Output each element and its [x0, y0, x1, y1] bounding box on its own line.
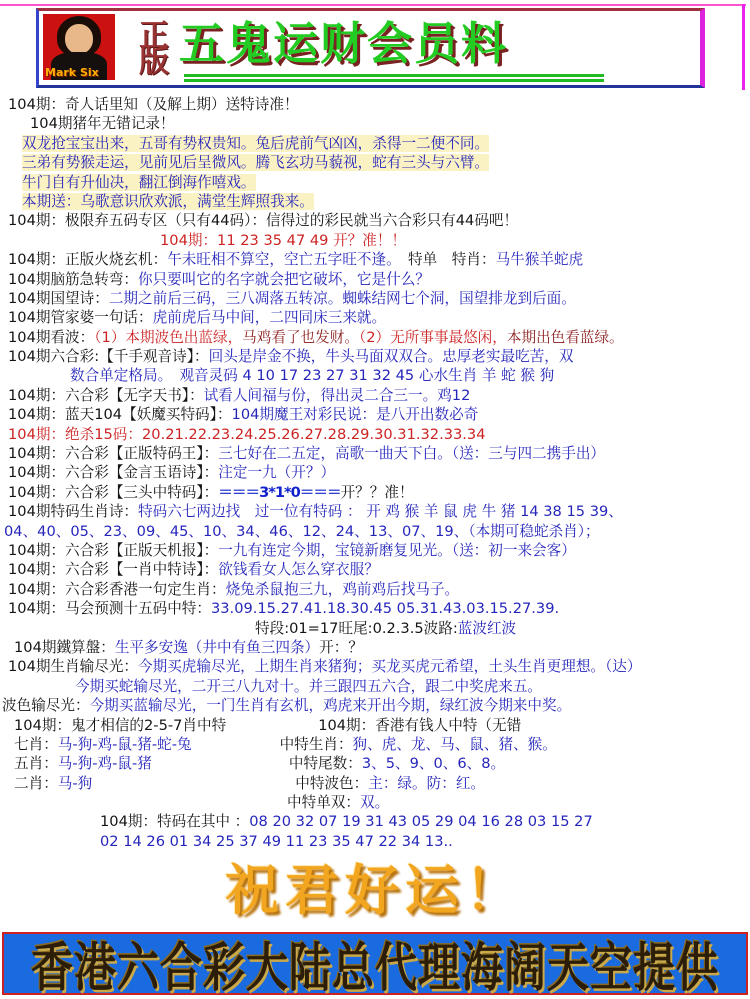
text-line: 中特单双：双。	[0, 793, 750, 812]
text-segment: 104期六合彩:【千手观音诗】：	[8, 348, 209, 365]
text-line: 本期送：乌歌意识欣欢派，满堂生辉照我来。	[0, 192, 750, 211]
text-segment: 特码六七两边找 过一位有特码 ： 开 鸡 猴 羊 鼠 虎 牛 猪 14 38 1…	[138, 503, 623, 520]
text-segment: 马-狗	[58, 775, 92, 792]
text-segment: 双龙抢宝宝出来，五哥有势权贵知。兔后虎前气凶凶，杀得一二便不同。	[22, 135, 489, 152]
text-line: 104期：六合彩【三头中特码】：＝＝＝3*1*0＝＝＝开？？准！	[0, 483, 750, 502]
footer-banner: 香港六合彩大陆总代理海阔天空提供	[2, 932, 748, 995]
text-segment: 104期：正版火烧玄机：	[8, 251, 167, 268]
text-segment: 今期买虎输尽光，上期生肖来猪狗；买龙买虎元希望，土头生肖更理想。（达）	[138, 658, 642, 675]
text-segment: 104期脑筋急转弯：	[8, 271, 138, 288]
text-segment: 三七好在二五定，高歌一曲天下白。（送：三与四二携手出）	[218, 445, 605, 462]
column-gap	[192, 748, 280, 749]
text-segment: 二肖：	[14, 775, 58, 792]
text-segment: 注定一九（开？）	[218, 464, 335, 481]
text-segment: 狗、虎、龙、马、鼠、猪、猴。	[353, 736, 557, 753]
text-segment: 104期：六合彩【三头中特码】：	[8, 484, 218, 501]
text-segment: 欲钱看女人怎么穿衣服？	[218, 561, 379, 578]
text-segment: 104期：奇人话里知（及解上期）送特诗准！	[8, 96, 299, 113]
text-line: 104期：鬼才相信的2-5-7肖中特104期：香港有钱人中特（无错	[0, 716, 750, 735]
text-line: 104期：11 23 35 47 49 开？准！！	[0, 231, 750, 250]
text-line: 04、40、05、23、09、45、10、34、46、12、24、13、07、1…	[0, 522, 750, 541]
right-border-line	[742, 4, 745, 90]
text-segment: 三弟有势猴走运，见前见后呈微风。腾飞玄功马藐视，蛇有三头与六臂。	[22, 154, 489, 171]
text-segment: 特单 特肖：	[393, 251, 495, 268]
header: Mark Six 正版 五鬼运财会员料	[36, 8, 705, 88]
text-segment: 104期：六合彩【一肖中特诗】：	[8, 561, 218, 578]
host-photo: Mark Six	[43, 14, 115, 80]
text-segment: 今期买蓝输尽光，一门生肖有玄机，鸡虎来开出今期，绿红波今期来中奖。	[90, 697, 572, 714]
lottery-tip-sheet: Mark Six 正版 五鬼运财会员料 104期：奇人话里知（及解上期）送特诗准…	[0, 0, 750, 999]
text-segment: 一九有连定今期，宝镜新磨复见光。（送：初一来会客）	[218, 542, 576, 559]
text-segment: 蓝波红波	[458, 620, 516, 637]
text-segment: 牛门自有升仙决，翻江倒海作嘻戏。	[22, 174, 256, 191]
text-segment: 主：绿。防：红。	[368, 775, 485, 792]
text-line: 104期：六合彩【金言玉语诗】：注定一九（开？）	[0, 463, 750, 482]
text-line: 牛门自有升仙决，翻江倒海作嘻戏。	[0, 173, 750, 192]
text-segment: 回头是岸金不换，牛头马面双双合。忠厚老实最吃苦，双	[209, 348, 574, 365]
text-line: 104期六合彩:【千手观音诗】：回头是岸金不换，牛头马面双双合。忠厚老实最吃苦，…	[0, 347, 750, 366]
text-segment: 104期：六合彩【无字天书】：	[8, 387, 204, 404]
text-segment: 104期：六合彩【正版特码王】：	[8, 445, 218, 462]
text-segment: 烧兔杀鼠抱三九，鸡前鸡后找马子。	[226, 581, 460, 598]
text-segment: 04、40、05、23、09、45、10、34、46、12、24、13、07、1…	[4, 523, 600, 540]
text-segment: 马牛猴羊蛇虎	[496, 251, 584, 268]
text-segment: 104期：蓝天104【妖魔买特码】：	[8, 406, 232, 423]
text-segment: 双。	[360, 794, 389, 811]
text-segment: 104期：六合彩香港一句定生肖：	[8, 581, 226, 598]
column-gap	[92, 787, 295, 788]
text-line: 104期：六合彩【一肖中特诗】：欲钱看女人怎么穿衣服？	[0, 560, 750, 579]
text-line: 数合单定格局。 观音灵码 4 10 17 23 27 31 32 45 心水生肖…	[0, 366, 750, 385]
text-line: 104期：六合彩【正版特码王】：三七好在二五定，高歌一曲天下白。（送：三与四二携…	[0, 444, 750, 463]
text-segment: 二期之前后三码，三八凋落五转凉。蜘蛛结网七个洞，国望排龙到后面。	[109, 290, 576, 307]
text-segment: 104期生肖输尽光：	[8, 658, 138, 675]
text-line: 104期：特码在其中 ：08 20 32 07 19 31 43 05 29 0…	[0, 812, 750, 831]
authentic-watermark: 正版	[131, 19, 165, 71]
footer-banner-text: 香港六合彩大陆总代理海阔天空提供	[31, 926, 719, 999]
text-segment: 104期：鬼才相信的2-5-7肖中特	[14, 717, 226, 734]
text-segment: 104期：马会预测十五码中特：	[8, 600, 211, 617]
text-segment: 今期买蛇输尽光，二开三八九对十。并三跟四五六合，跟二中奖虎来五。	[75, 678, 542, 695]
text-line: 104期：蓝天104【妖魔买特码】：104期魔王对彩民说：是八开出数必奇	[0, 405, 750, 424]
text-line: 波色输尽光：今期买蓝输尽光，一门生肖有玄机，鸡虎来开出今期，绿红波今期来中奖。	[0, 696, 750, 715]
text-segment: 3、5、9、0、6、8。	[362, 755, 505, 772]
text-line: 104期鐵算盤：生平多安逸（井中有鱼三四条）开：？	[0, 638, 750, 657]
text-line: 104期：六合彩【正版天机报】：一九有连定今期，宝镜新磨复见光。（送：初一来会客…	[0, 541, 750, 560]
text-line: 104期：六合彩香港一句定生肖：烧兔杀鼠抱三九，鸡前鸡后找马子。	[0, 580, 750, 599]
text-segment: 本期出色看蓝绿。	[507, 329, 624, 346]
text-segment: 104期：六合彩【正版天机报】：	[8, 542, 218, 559]
text-segment: 104期猪年无错记录！	[30, 115, 175, 132]
text-line: 今期买蛇输尽光，二开三八九对十。并三跟四五六合，跟二中奖虎来五。	[0, 677, 750, 696]
text-line: 104期：绝杀15码：20.21.22.23.24.25.26.27.28.29…	[0, 425, 750, 444]
text-line: 104期：正版火烧玄机：午未旺相不算空，空亡五字旺不逢。 特单 特肖：马牛猴羊蛇…	[0, 250, 750, 269]
text-line: 104期猪年无错记录！	[0, 114, 750, 133]
text-segment: ＝＝＝3*1*0＝＝＝	[218, 484, 340, 501]
text-line: 五肖：马-狗-鸡-鼠-猪中特尾数：3、5、9、0、6、8。	[0, 754, 750, 773]
text-segment: 中特生肖：	[280, 736, 353, 753]
content-lines: 104期：奇人话里知（及解上期）送特诗准！104期猪年无错记录！双龙抢宝宝出来，…	[0, 95, 750, 851]
text-line: 104期脑筋急转弯：你只要叫它的名字就会把它破坏，它是什么？	[0, 270, 750, 289]
text-segment: 七肖：	[14, 736, 58, 753]
text-segment: 08 20 32 07 19 31 43 05 29 04 16 28 03 1…	[249, 813, 593, 830]
text-segment: 试看人间福与份，得出灵二合三一。鸡12	[204, 387, 471, 404]
text-segment: 特段:01=17旺尾:0.2.3.5波路:	[255, 620, 458, 637]
text-segment: 104期：六合彩【金言玉语诗】：	[8, 464, 218, 481]
text-segment: （2）无所事事最悠闲，	[359, 329, 507, 346]
text-line: 104期看波：（1）本期波色出蓝绿，马鸡看了也发财。（2）无所事事最悠闲，本期出…	[0, 328, 750, 347]
text-segment: （1）本期波色出蓝绿，	[94, 329, 242, 346]
text-segment: 104期鐵算盤：	[14, 639, 115, 656]
text-line: 104期：极限弃五码专区（只有44码）：信得过的彩民就当六合彩只有44码吧！	[0, 211, 750, 230]
text-segment: 104期：极限弃五码专区（只有44码）：信得过的彩民就当六合彩只有44码吧！	[8, 212, 518, 229]
text-segment: 中特波色：	[295, 775, 368, 792]
text-line: 104期管家婆一句话：虎前虎后马中间，二四同床三来就。	[0, 308, 750, 327]
text-segment: 104期看波：	[8, 329, 94, 346]
text-segment: 中特单双：	[287, 794, 360, 811]
text-segment: 你只要叫它的名字就会把它破坏，它是什么？	[138, 271, 430, 288]
text-segment: 104期：11 23 35 47 49 开？准！！	[160, 232, 406, 249]
column-gap	[226, 729, 318, 730]
text-segment: 104期：香港有钱人中特（无错	[318, 717, 521, 734]
text-segment: 生平多安逸（井中有鱼三四条）	[115, 639, 319, 656]
title-underline	[184, 74, 604, 82]
good-luck-text: 祝君好运！	[0, 848, 750, 925]
photo-face-shape	[65, 24, 93, 54]
text-line: 104期：马会预测十五码中特：33.09.15.27.41.18.30.45 0…	[0, 599, 750, 618]
text-line: 七肖：马-狗-鸡-鼠-猪-蛇-兔中特生肖：狗、虎、龙、马、鼠、猪、猴。	[0, 735, 750, 754]
text-line: 104期特码生肖诗：特码六七两边找 过一位有特码 ： 开 鸡 猴 羊 鼠 虎 牛…	[0, 502, 750, 521]
text-line: 特段:01=17旺尾:0.2.3.5波路:蓝波红波	[0, 619, 750, 638]
text-line: 三弟有势猴走运，见前见后呈微风。腾飞玄功马藐视，蛇有三头与六臂。	[0, 153, 750, 172]
text-segment: 数合单定格局。 观音灵码 4 10 17 23 27 31 32 45 心水生肖…	[70, 367, 554, 384]
text-segment: 20.21.22.23.24.25.26.27.28.29.30.31.32.3…	[142, 426, 486, 443]
text-segment: 104期：特码在其中 ：	[100, 813, 249, 830]
column-gap	[152, 767, 289, 768]
text-segment: 马鸡看了也发财。	[242, 329, 359, 346]
text-segment: 五肖：	[14, 755, 58, 772]
text-segment: 104期管家婆一句话：	[8, 309, 153, 326]
text-segment: 马-狗-鸡-鼠-猪-蛇-兔	[58, 736, 192, 753]
top-border-line	[0, 4, 746, 6]
text-segment: 104期：绝杀15码：	[8, 426, 142, 443]
text-segment: 104期国望诗：	[8, 290, 109, 307]
text-segment: 104期特码生肖诗：	[8, 503, 138, 520]
text-segment: 本期送：乌歌意识欣欢派，满堂生辉照我来。	[22, 193, 314, 210]
text-segment: 马-狗-鸡-鼠-猪	[58, 755, 152, 772]
text-segment: 33.09.15.27.41.18.30.45 05.31.43.03.15.2…	[211, 600, 559, 617]
text-segment: 中特尾数：	[289, 755, 362, 772]
text-segment: 104期魔王对彩民说：是八开出数必奇	[232, 406, 479, 423]
text-line: 104期国望诗：二期之前后三码，三八凋落五转凉。蜘蛛结网七个洞，国望排龙到后面。	[0, 289, 750, 308]
text-line: 二肖：马-狗中特波色：主：绿。防：红。	[0, 774, 750, 793]
text-segment: 波色输尽光：	[2, 697, 90, 714]
text-segment: 开？？准！	[341, 484, 414, 501]
text-line: 双龙抢宝宝出来，五哥有势权贵知。兔后虎前气凶凶，杀得一二便不同。	[0, 134, 750, 153]
photo-caption: Mark Six	[45, 66, 99, 79]
text-segment: 开：？	[319, 639, 363, 656]
text-segment: 午未旺相不算空，空亡五字旺不逢。	[167, 251, 393, 268]
text-line: 104期生肖输尽光：今期买虎输尽光，上期生肖来猪狗；买龙买虎元希望，土头生肖更理…	[0, 657, 750, 676]
page-title: 五鬼运财会员料	[179, 21, 699, 67]
text-segment: 虎前虎后马中间，二四同床三来就。	[153, 309, 387, 326]
text-line: 104期：奇人话里知（及解上期）送特诗准！	[0, 95, 750, 114]
text-line: 104期：六合彩【无字天书】：试看人间福与份，得出灵二合三一。鸡12	[0, 386, 750, 405]
